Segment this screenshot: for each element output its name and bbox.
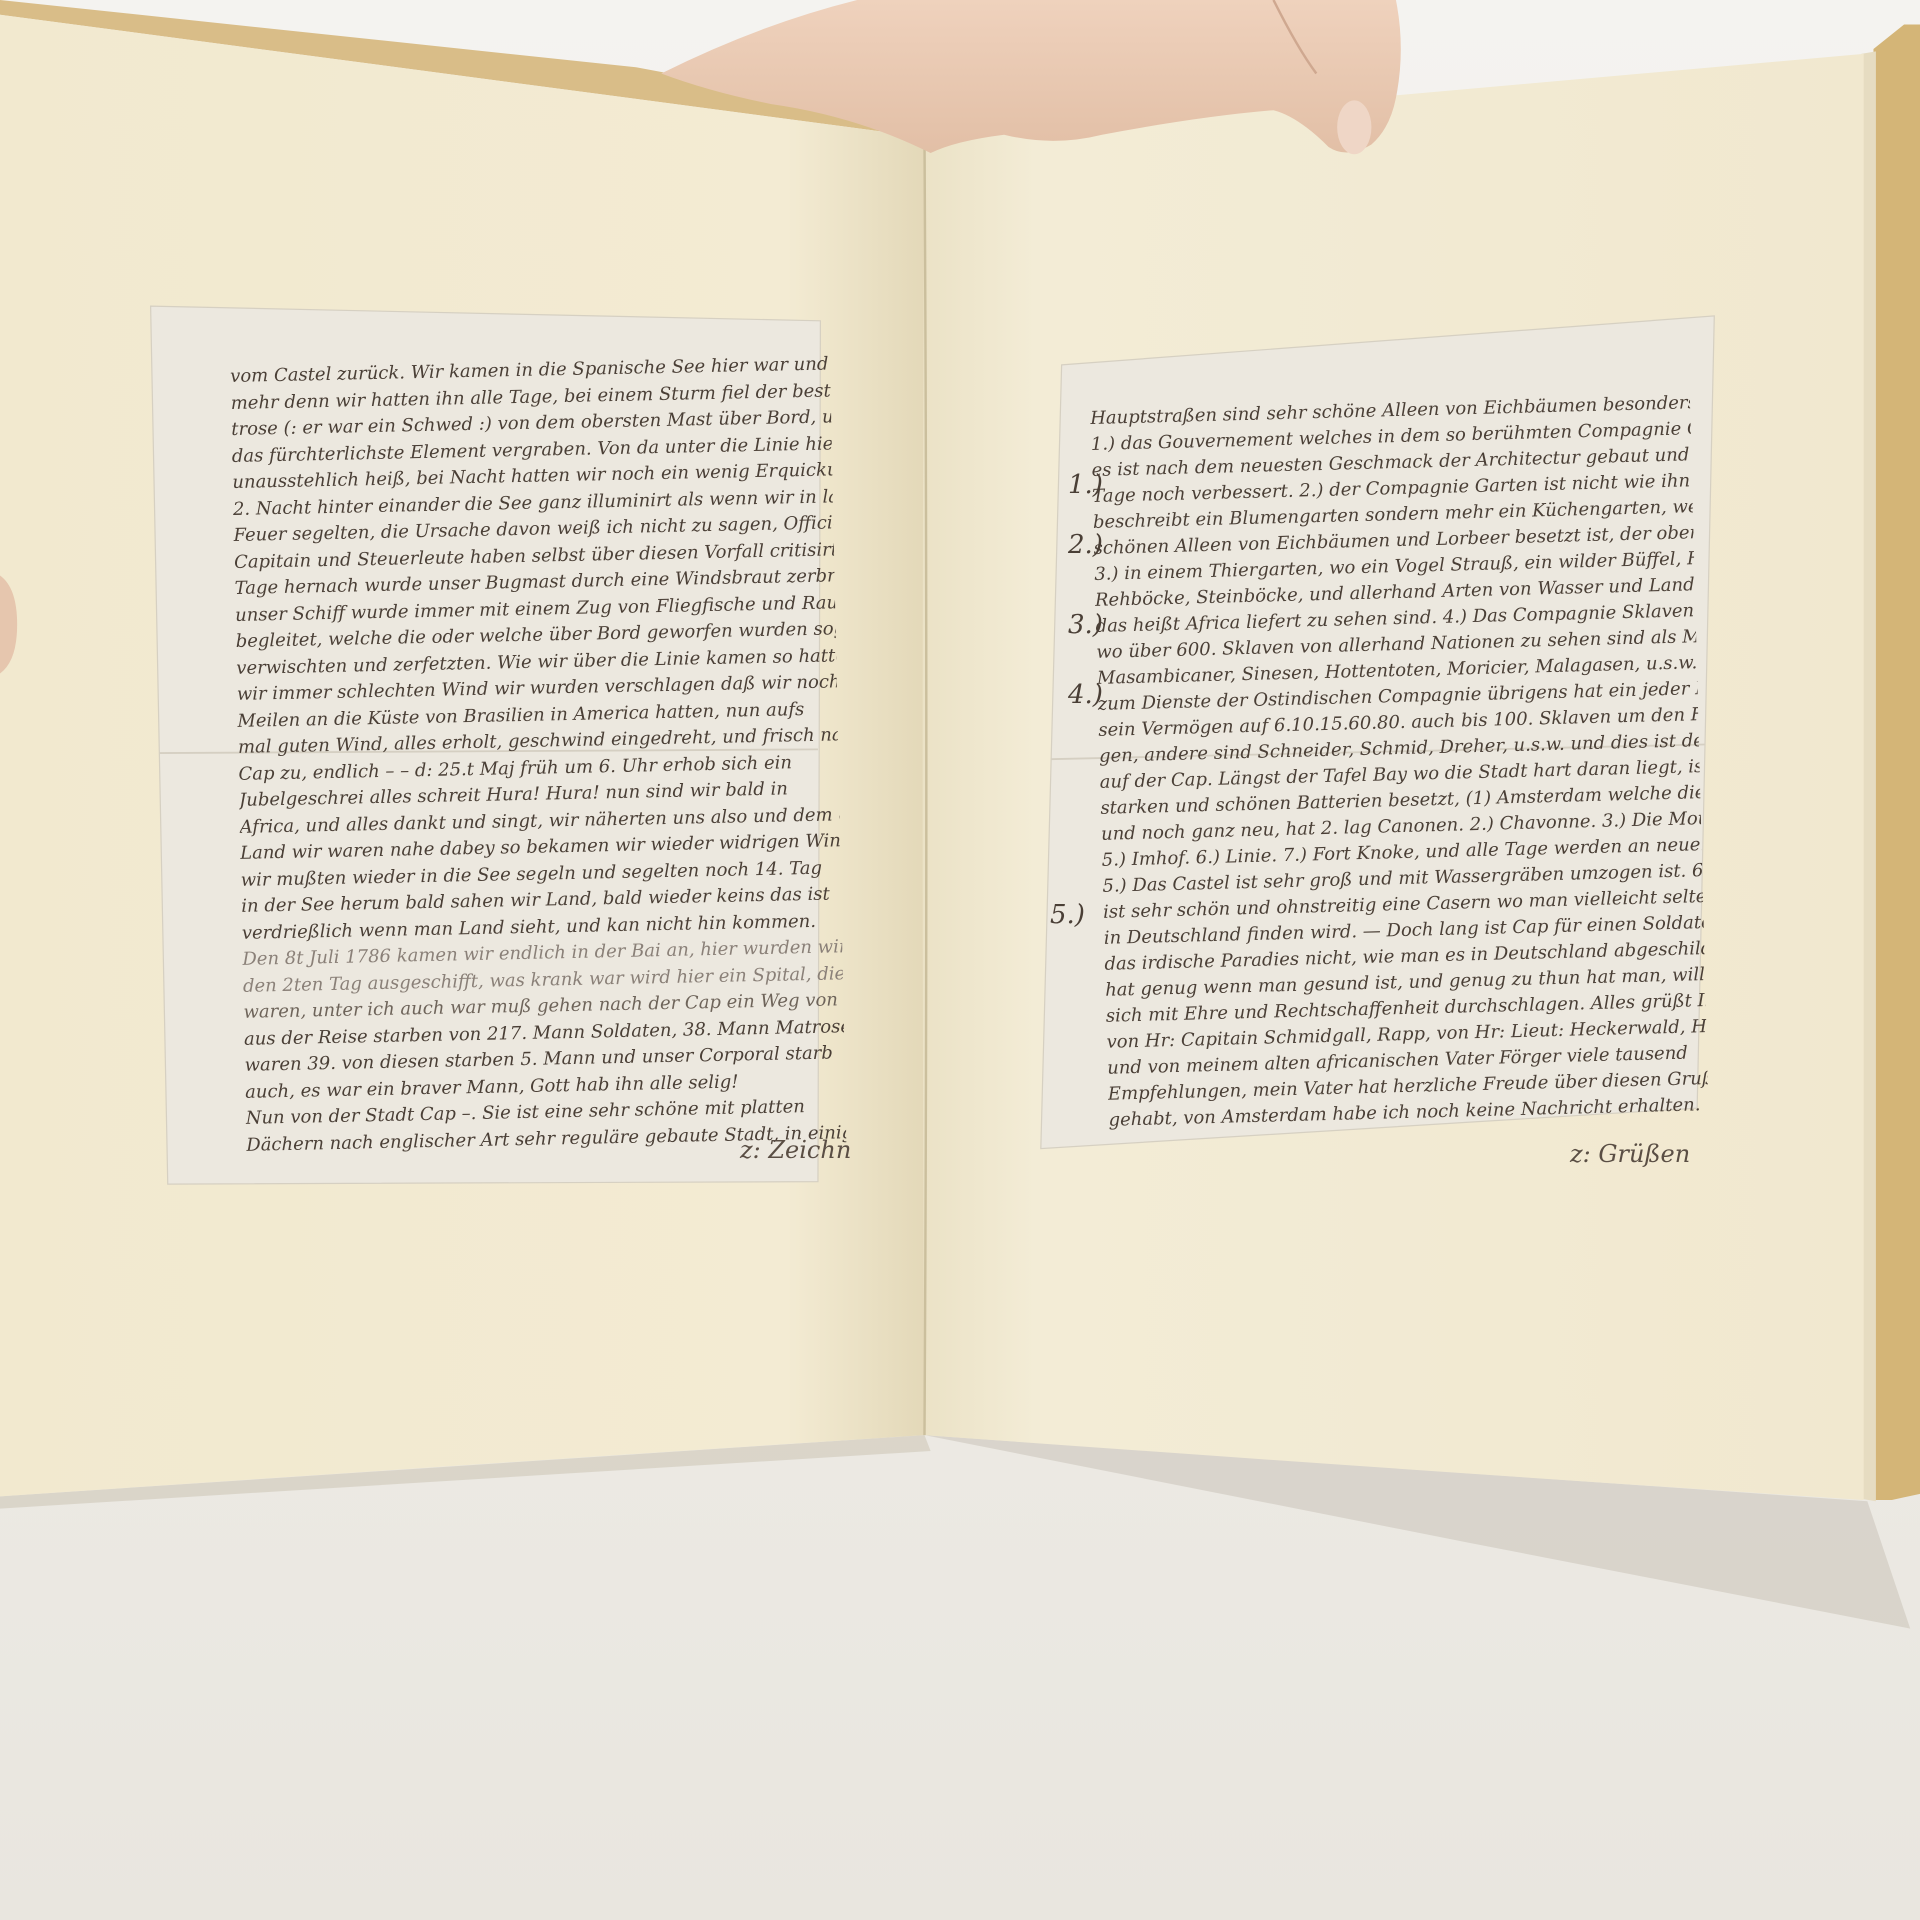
margin-number-2: 2.) — [1068, 530, 1103, 560]
margin-number-1: 1.) — [1068, 470, 1103, 500]
left-letter-signature: z: Zeichn — [740, 1136, 851, 1164]
right-letter-signature: z: Grüßen — [1570, 1140, 1690, 1168]
margin-number-4: 4.) — [1068, 680, 1103, 710]
photo-scene: vom Castel zurück. Wir kamen in die Span… — [0, 0, 1920, 1920]
right-letter-text: Hauptstraßen sind sehr schöne Alleen von… — [1090, 394, 1709, 1137]
margin-number-5: 5.) — [1050, 900, 1085, 930]
left-letter-text: vom Castel zurück. Wir kamen in die Span… — [230, 355, 847, 1162]
cover-right — [1873, 24, 1920, 1500]
margin-number-3: 3.) — [1068, 610, 1103, 640]
